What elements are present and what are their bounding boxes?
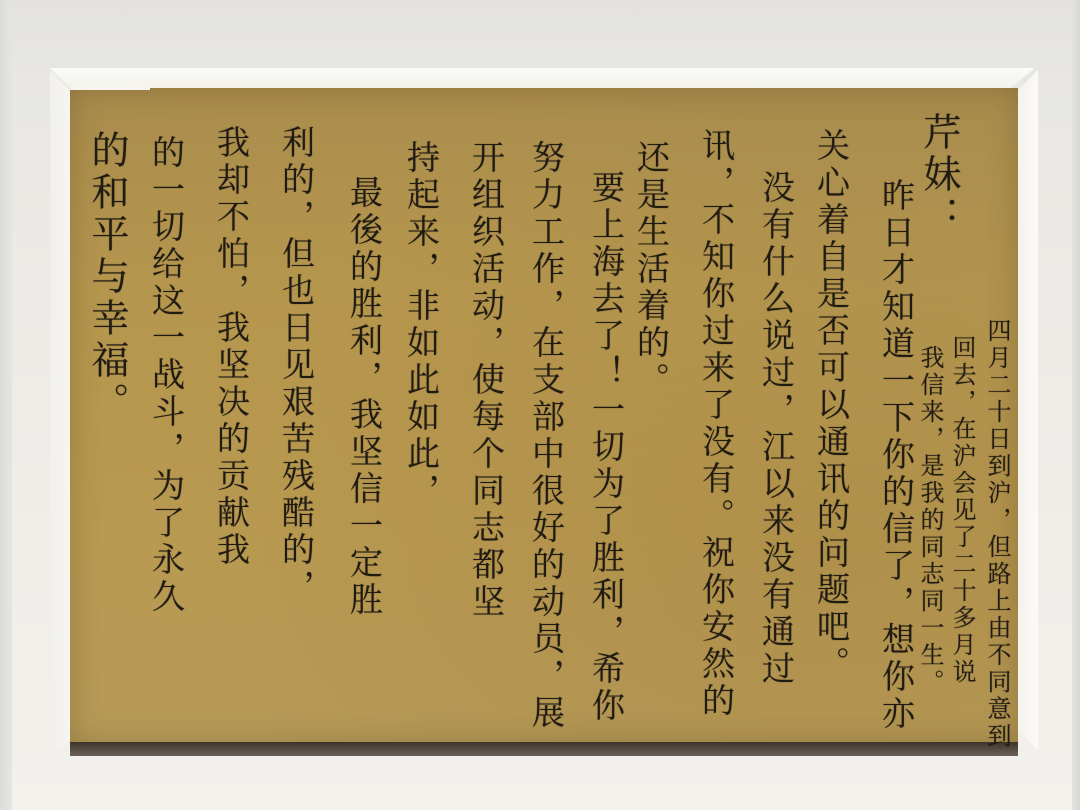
- letter-column-13: 的一切给这一战斗，为了永久: [150, 135, 183, 616]
- frame-mat-left: [50, 70, 70, 760]
- letter-column-8: 开组织活动，使每个同志都坚: [470, 140, 503, 621]
- letter-column-1: 昨日才知道一下你的信了，想你亦: [880, 178, 913, 733]
- letter-side-note-2: 回去，在沪会见了二十多月说: [950, 335, 974, 686]
- letter-side-note-1: 四月二十日到沪，但路上由不同意到: [985, 318, 1009, 750]
- letter-salutation: 芹妹：: [920, 112, 958, 238]
- letter-column-5: 还是生活着的。: [635, 140, 668, 399]
- letter-column-12: 我却不怕，我坚决的贡献我: [215, 125, 248, 569]
- letter-column-10: 最後的胜利，我坚信一定胜: [348, 175, 381, 619]
- letter-column-9: 持起来，非如此如此，: [405, 140, 438, 510]
- frame-bottom-shadow: [70, 742, 1018, 756]
- letter-column-11: 利的，但也日见艰苦残酷的，: [280, 125, 313, 606]
- wall-left-edge: [0, 0, 12, 810]
- mounting-tab: [70, 86, 150, 90]
- letter-column-7: 努力工作，在支部中很好的动员，展: [530, 140, 563, 732]
- letter-column-3: 没有什么说过，江以来没有通过: [760, 170, 793, 688]
- frame-mat-right: [1018, 70, 1038, 750]
- wall-right-edge: [1072, 0, 1080, 810]
- letter-column-2: 关心着自是否可以通讯的问题吧。: [815, 128, 848, 683]
- letter-column-6: 要上海去了！一切为了胜利，希你: [590, 170, 623, 725]
- letter-side-note-3: 我信来，是我的同志同一生。: [918, 345, 942, 696]
- letter-column-14: 的和平与幸福。: [88, 130, 126, 424]
- frame-mat-top: [50, 68, 1035, 88]
- letter-column-4: 讯，不知你过来了没有。祝你安然的: [700, 128, 733, 720]
